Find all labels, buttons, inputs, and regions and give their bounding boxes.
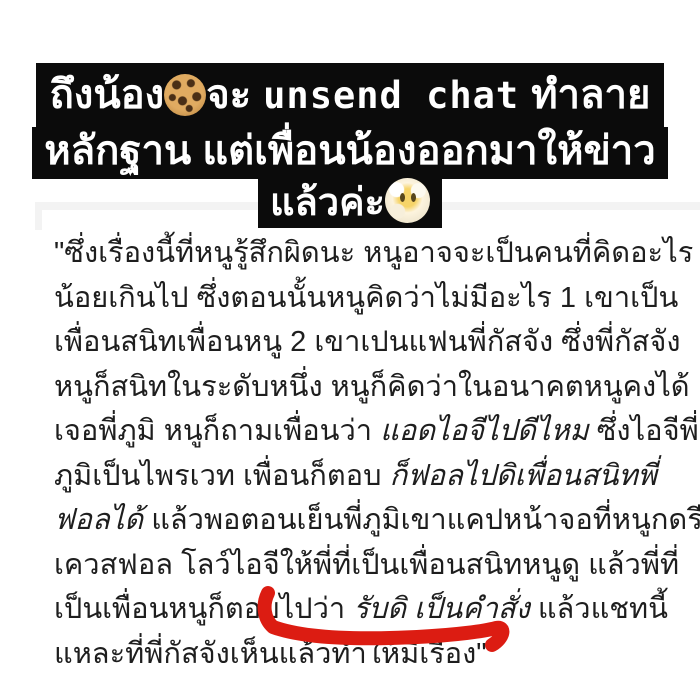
quote-segment: เควสฟอล โลว์ไอจีให้พี่ที่เป็นเพื่อนสนิทห… — [54, 549, 679, 581]
quote-segment: เป็นเพื่อนหนูก็ตอบไปว่า — [54, 593, 353, 625]
quote-segment-italic: ก็ฟอลไปดิเพื่อนสนิทพี่ — [390, 460, 657, 492]
quote-segment: ซึ่งไอจีพี่ — [589, 415, 699, 447]
quote-segment: แล้วแชทนี้ — [530, 593, 668, 625]
quote-segment: น้อยเกินไป ซึ่งตอนนั้นหนูคิดว่าไม่มีอะไร… — [54, 282, 678, 314]
quote-segment: "ซึ่งเรื่องนี้ที่หนูรู้สึกผิดนะ หนูอาจจะ… — [54, 237, 693, 269]
headline-line-3: แล้วค่ะ — [0, 178, 700, 228]
quote-segment: เพื่อนสนิทเพื่อนหนู 2 เขาเปนแฟนพี่กัสจัง… — [54, 326, 681, 358]
quote-segment: แล้วพอตอนเย็นพี่ภูมิเขาแคปหน้าจอที่หนูกด… — [143, 504, 700, 536]
headline-bar-1: ถึงน้องจะunsend chatทำลาย — [36, 63, 665, 128]
emoji-eye-right — [411, 193, 416, 202]
quote-text: "ซึ่งเรื่องนี้ที่หนูรู้สึกผิดนะ หนูอาจจะ… — [54, 231, 664, 676]
headline-banner: ถึงน้องจะunsend chatทำลาย หลักฐาน แต่เพื… — [0, 64, 700, 228]
headline-line-1: ถึงน้องจะunsend chatทำลาย — [0, 63, 700, 128]
quote-line: "ซึ่งเรื่องนี้ที่หนูรู้สึกผิดนะ หนูอาจจะ… — [54, 231, 664, 276]
quote-line: น้อยเกินไป ซึ่งตอนนั้นหนูคิดว่าไม่มีอะไร… — [54, 276, 664, 321]
quote-line: เควสฟอล โลว์ไอจีให้พี่ที่เป็นเพื่อนสนิทห… — [54, 543, 664, 588]
headline-text-pre: ถึงน้อง — [50, 73, 165, 117]
quote-line: ภูมิเป็นไพรเวท เพื่อนก็ตอบ ก็ฟอลไปดิเพื่… — [54, 454, 664, 499]
quote-line: เพื่อนสนิทเพื่อนหนู 2 เขาเปนแฟนพี่กัสจัง… — [54, 320, 664, 365]
quote-segment-italic: รับดิ เป็นคำสั่ง — [353, 593, 530, 625]
quote-segment: ภูมิเป็นไพรเวท เพื่อนก็ตอบ — [54, 460, 390, 492]
headline-text-mid: จะ — [206, 73, 251, 117]
quote-segment: แหละที่พี่กัสจังเห็นแล้วทำให้มีเรื่อง" — [54, 638, 487, 670]
headline-bar-2: หลักฐาน แต่เพื่อนน้องออกมาให้ข่าว — [32, 127, 667, 179]
headline-bar-3: แล้วค่ะ — [258, 178, 442, 228]
quote-line: เป็นเพื่อนหนูก็ตอบไปว่า รับดิ เป็นคำสั่ง… — [54, 587, 664, 632]
quote-segment: หนูก็สนิทในระดับหนึ่ง หนูก็คิดว่าในอนาคต… — [54, 371, 690, 403]
quote-graphic-page: ถึงน้องจะunsend chatทำลาย หลักฐาน แต่เพื… — [0, 0, 700, 700]
headline-latin-text: unsend chat — [263, 74, 519, 117]
quote-line: เจอพี่ภูมิ หนูก็ถามเพื่อนว่า แอดไอจีไปดี… — [54, 409, 664, 454]
quote-segment-italic: ฟอลได้ — [54, 504, 143, 536]
headline-text-line2: หลักฐาน แต่เพื่อนน้องออกมาให้ข่าว — [44, 129, 655, 173]
emoji-eye-left — [400, 193, 405, 202]
white-fluffy-emoji-icon — [385, 178, 430, 223]
quote-segment: เจอพี่ภูมิ หนูก็ถามเพื่อนว่า — [54, 415, 380, 447]
headline-text-end: ทำลาย — [531, 73, 650, 117]
quote-line: แหละที่พี่กัสจังเห็นแล้วทำให้มีเรื่อง" — [54, 632, 664, 677]
quote-line: ฟอลได้ แล้วพอตอนเย็นพี่ภูมิเขาแคปหน้าจอท… — [54, 498, 664, 543]
quote-line: หนูก็สนิทในระดับหนึ่ง หนูก็คิดว่าในอนาคต… — [54, 365, 664, 410]
headline-line-2: หลักฐาน แต่เพื่อนน้องออกมาให้ข่าว — [0, 127, 700, 179]
headline-text-line3: แล้วค่ะ — [270, 182, 385, 224]
quote-segment-italic: แอดไอจีไปดีไหม — [380, 415, 589, 447]
cookie-emoji-icon — [164, 74, 206, 116]
